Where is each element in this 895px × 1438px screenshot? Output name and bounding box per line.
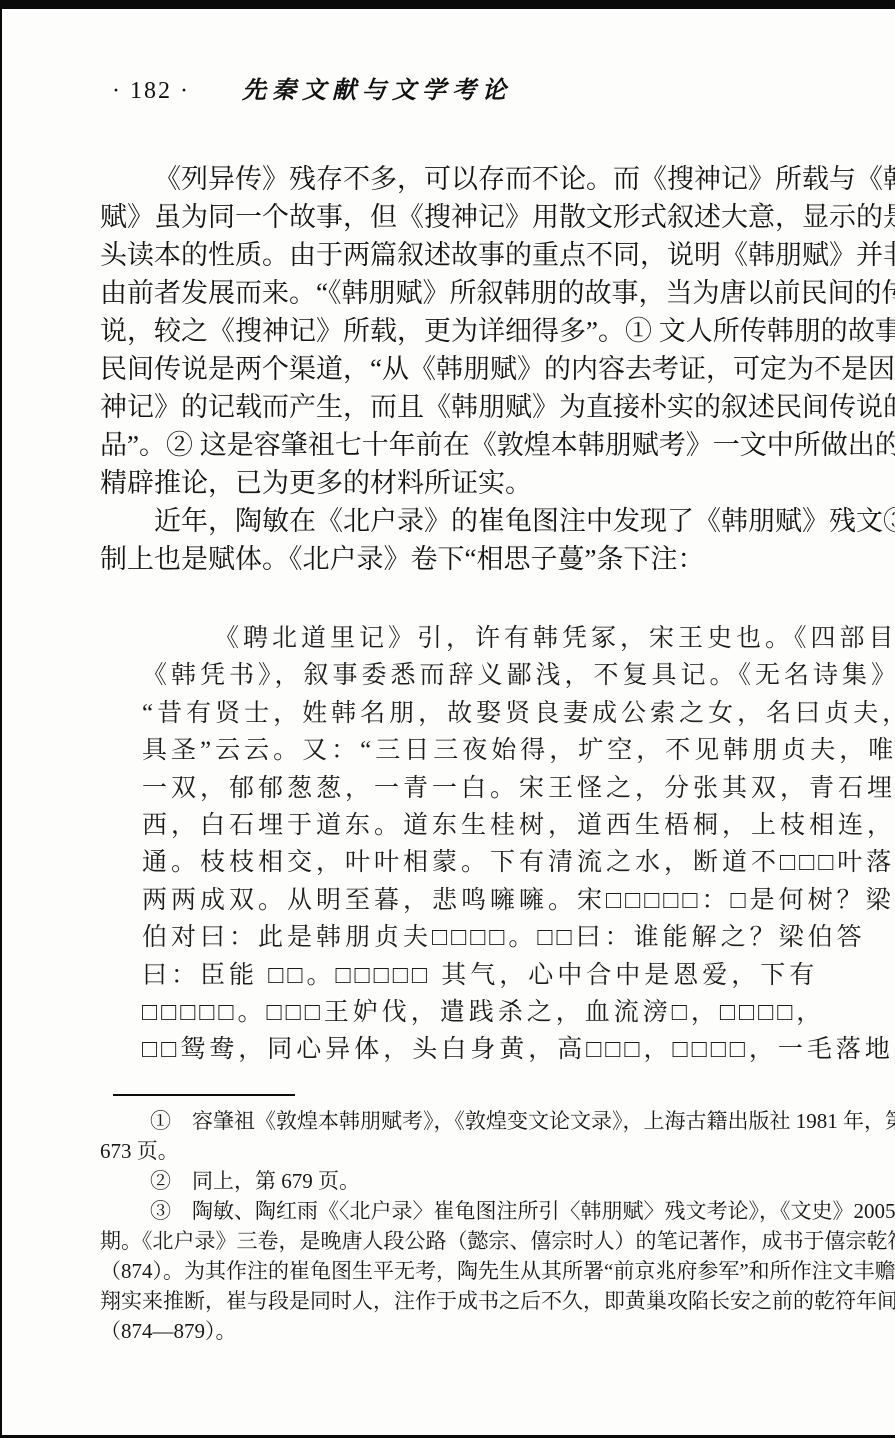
footnote-line: ② 同上，第 679 页。	[100, 1166, 832, 1196]
quote-line: 通。枝枝相交，叶叶相蒙。下有清流之水，断道不□□□叶落，	[142, 844, 834, 881]
text-line: 精辟推论，已为更多的材料所证实。	[100, 464, 840, 502]
footnote-separator-rule	[113, 1094, 295, 1096]
footnote-line: 期。《北户录》三卷，是晚唐人段公路（懿宗、僖宗时人）的笔记著作，成书于僖宗乾符元…	[100, 1226, 832, 1256]
quote-line: 曰：臣能 □□。□□□□□ 其气，心中合中是恩爱，下有	[142, 957, 834, 994]
quote-line: □□□□□。□□□王妒伐，遣践杀之，血流滂□，□□□□，	[142, 994, 834, 1031]
scan-artifact-left-edge	[0, 0, 2, 1438]
footnote-line: （874—879）。	[100, 1316, 832, 1346]
footnote-line: 673 页。	[100, 1136, 832, 1166]
paragraph-1: 《列异传》残存不多，可以存而不论。而《搜神记》所载与《韩朋 赋》虽为同一个故事，…	[100, 160, 840, 502]
quote-line: 伯对曰：此是韩朋贞夫□□□□。□□曰：谁能解之？梁伯答	[142, 919, 834, 956]
quote-line: 具圣”云云。又：“三日三夜始得，圹空，不见韩朋贞夫，唯见石子	[142, 732, 834, 769]
text-line: 头读本的性质。由于两篇叙述故事的重点不同，说明《韩朋赋》并非	[100, 236, 840, 274]
quote-line: “昔有贤士，姓韩名朋，故娶贤良妻成公索之女，名曰贞夫，具贤	[142, 695, 834, 732]
quote-line: 《聘北道里记》引，许有韩凭冢，宋王史也。《四部目录》有	[142, 620, 834, 657]
book-title: 先秦文献与文学考论	[242, 78, 512, 104]
quote-line: 一双，郁郁葱葱，一青一白。宋王怪之，分张其双，青石埋于道	[142, 770, 834, 807]
quote-line: 西，白石埋于道东。道东生桂树，道西生梧桐，上枝相连，下枝相	[142, 807, 834, 844]
quote-line: 两两成双。从明至暮，悲鸣噰噰。宋□□□□□：□是何树？梁	[142, 882, 834, 919]
text-line: 《列异传》残存不多，可以存而不论。而《搜神记》所载与《韩朋	[100, 160, 840, 198]
main-text: 《列异传》残存不多，可以存而不论。而《搜神记》所载与《韩朋 赋》虽为同一个故事，…	[100, 160, 840, 578]
running-header: · 182 ·先秦文献与文学考论	[112, 70, 512, 105]
text-line: 神记》的记载而产生，而且《韩朋赋》为直接朴实的叙述民间传说的作	[100, 388, 840, 426]
text-line: 近年，陶敏在《北户录》的崔龟图注中发现了《韩朋赋》残文③，形	[100, 502, 840, 540]
text-line: 品”。② 这是容肇祖七十年前在《敦煌本韩朋赋考》一文中所做出的	[100, 426, 840, 464]
footnote-line: 翔实来推断，崔与段是同时人，注作于成书之后不久，即黄巢攻陷长安之前的乾符年间	[100, 1286, 832, 1316]
scanned-book-page: · 182 ·先秦文献与文学考论 《列异传》残存不多，可以存而不论。而《搜神记》…	[0, 0, 895, 1438]
footnote-line: ③ 陶敏、陶红雨《〈北户录〉崔龟图注所引〈韩朋赋〉残文考论》，《文史》2005 …	[100, 1196, 832, 1226]
scan-artifact-top-bar	[0, 0, 895, 9]
text-line: 制上也是赋体。《北户录》卷下“相思子蔓”条下注：	[100, 540, 840, 578]
text-line: 由前者发展而来。“《韩朋赋》所叙韩朋的故事，当为唐以前民间的传	[100, 274, 840, 312]
paragraph-2: 近年，陶敏在《北户录》的崔龟图注中发现了《韩朋赋》残文③，形 制上也是赋体。《北…	[100, 502, 840, 578]
footnote-line: （874）。为其作注的崔龟图生平无考，陶先生从其所署“前京兆府参军”和所作注文丰…	[100, 1256, 832, 1286]
text-line: 民间传说是两个渠道，“从《韩朋赋》的内容去考证，可定为不是因《搜	[100, 350, 840, 388]
text-line: 说，较之《搜神记》所载，更为详细得多”。① 文人所传韩朋的故事与	[100, 312, 840, 350]
page-number: · 182 ·	[112, 78, 190, 104]
text-line: 赋》虽为同一个故事，但《搜神记》用散文形式叙述大意，显示的是案	[100, 198, 840, 236]
quote-line: □□鸳鸯，同心异体，头白身黄，高□□□，□□□□，一毛落地，	[142, 1031, 834, 1068]
block-quote-hanpengfu-fragment: 《聘北道里记》引，许有韩凭冢，宋王史也。《四部目录》有 《韩凭书》，叙事委悉而辞…	[142, 620, 834, 1069]
footnote-line: ① 容肇祖《敦煌本韩朋赋考》，《敦煌变文论文录》，上海古籍出版社 1981 年，…	[100, 1106, 832, 1136]
quote-line: 《韩凭书》，叙事委悉而辞义鄙浅，不复具记。《无名诗集》又云	[142, 657, 834, 694]
footnotes: ① 容肇祖《敦煌本韩朋赋考》，《敦煌变文论文录》，上海古籍出版社 1981 年，…	[100, 1106, 832, 1346]
